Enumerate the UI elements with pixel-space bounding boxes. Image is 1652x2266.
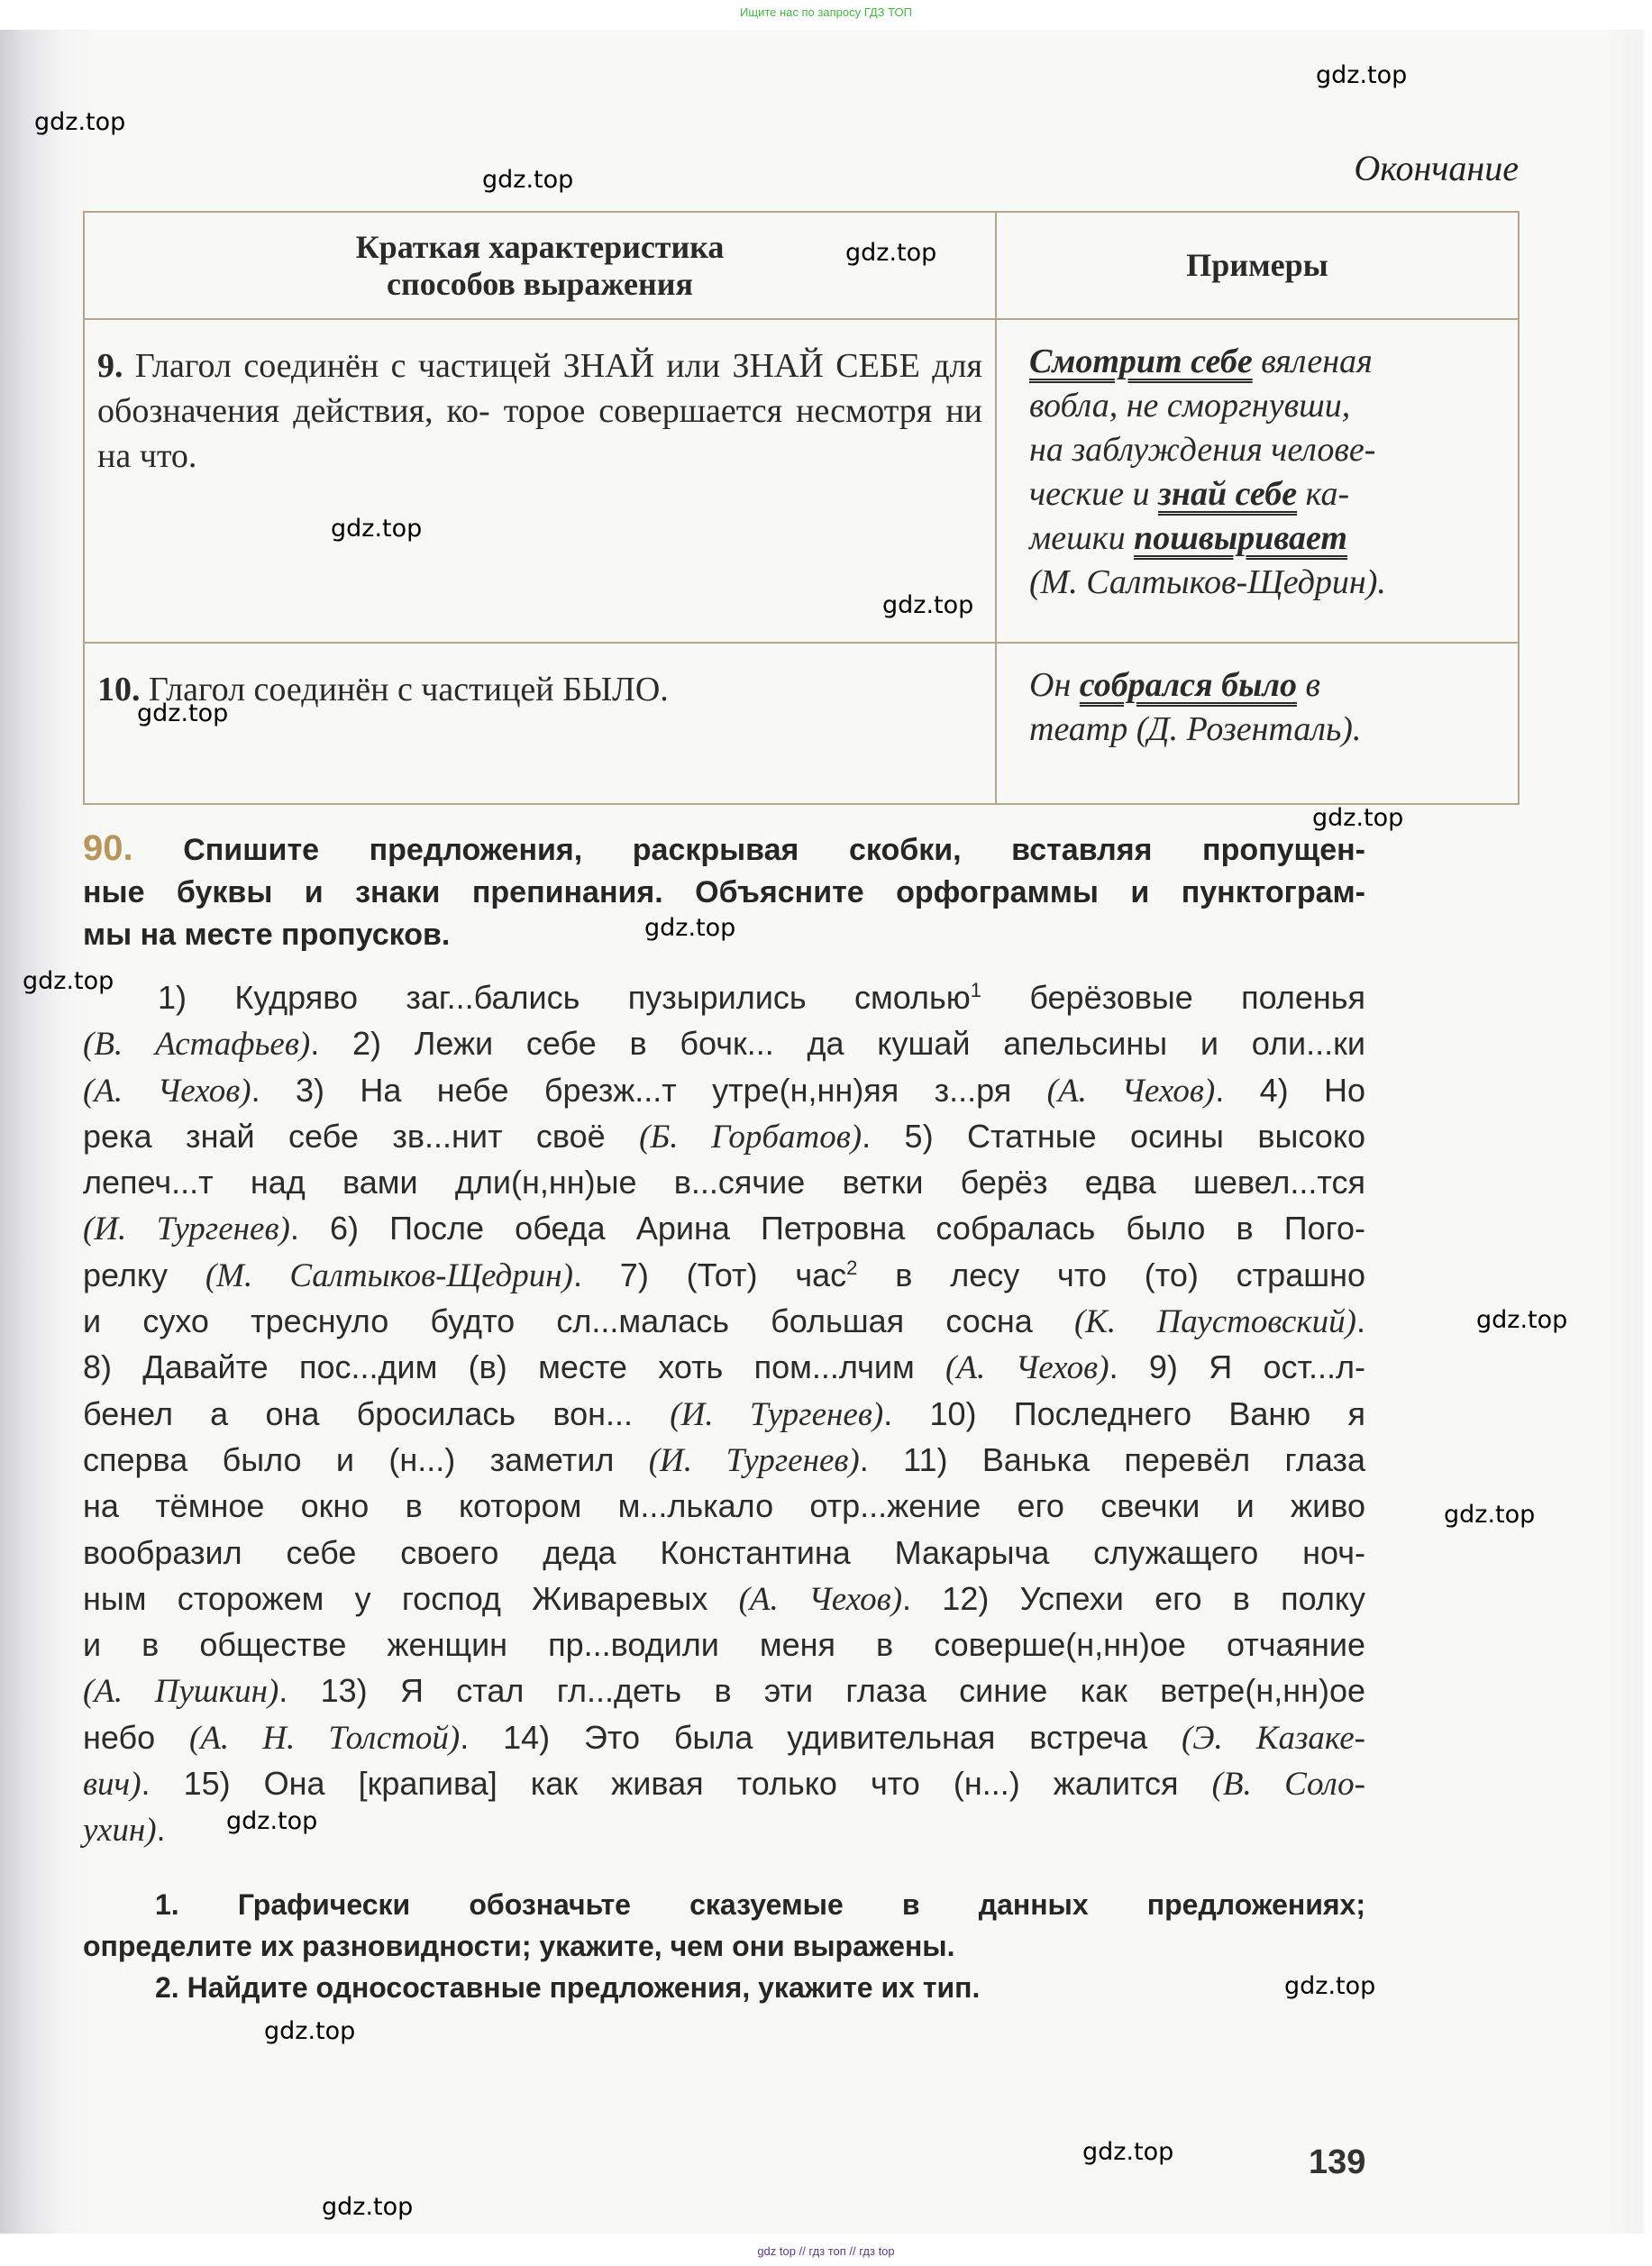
banner-text: Ищите нас по запросу ГДЗ ТОП: [0, 5, 1652, 19]
sentence-text: .: [1356, 1302, 1365, 1339]
author-citation: ухин): [83, 1812, 157, 1849]
watermark: gdz.top: [137, 701, 228, 726]
example-text: вобла, не сморгнувши,: [1029, 387, 1350, 425]
sentence-text: в лесу что (то) страшно: [857, 1256, 1365, 1293]
watermark: gdz.top: [1444, 1503, 1535, 1527]
task-line: 2. Найдите односоставные предложения, ук…: [83, 1967, 1365, 2008]
watermark: gdz.top: [1312, 806, 1403, 830]
example-line: вобла, не сморгнувши,: [1029, 384, 1501, 428]
example-text: ка-: [1297, 475, 1349, 513]
footer-link[interactable]: gdz top // гдз топ // гдз top: [0, 2244, 1652, 2258]
sentence-text: 1) Кудряво заг...бались пузырились смоль…: [158, 979, 971, 1016]
sentence-line: ным сторожем у господ Живаревых (А. Чехо…: [83, 1576, 1365, 1622]
row-example: Он собрался было втеатр (Д. Розенталь).: [996, 643, 1519, 804]
sentence-text: . 5) Статные осины высоко: [862, 1118, 1365, 1155]
sentence-text: . 15) Она [крапива] как живая только что…: [141, 1765, 1212, 1802]
sentence-line: (В. Астафьев). 2) Лежи себе в бочк... да…: [83, 1020, 1365, 1066]
sentence-text: . 10) Последнего Ваню я: [883, 1395, 1365, 1432]
watermark: gdz.top: [845, 241, 936, 265]
footer: gdz top // гдз топ // гдз top: [0, 2234, 1652, 2266]
sentence-line: на тёмное окно в котором м...лькало отр.…: [83, 1483, 1365, 1529]
author-citation: (М. Салтыков-Щедрин): [205, 1257, 573, 1294]
row-number: 10.: [97, 671, 141, 708]
instruction-line: 90. Спишите предложения, раскрывая скобк…: [83, 827, 1365, 872]
example-text: Он: [1029, 666, 1080, 704]
author-citation: (А. Н. Толстой): [189, 1720, 460, 1757]
exercise-tasks: 1. Графически обозначьте сказуемые в дан…: [83, 1884, 1365, 2008]
sentence-text: . 3) На небе брезж...т утре(н,нн)яя з...…: [251, 1072, 1047, 1109]
footnote-marker: 1: [971, 979, 981, 1001]
row-number: 9.: [97, 347, 123, 385]
task-text: Найдите односоставные предложения, укажи…: [187, 1971, 981, 2004]
row-description: 9. Глагол соединён с частицей ЗНАЙ или З…: [84, 319, 996, 643]
task-text: Графически обозначьте сказуемые в данных…: [238, 1888, 1365, 1921]
example-text: ческие и: [1029, 475, 1158, 513]
sentence-text: . 7) (Тот) час: [573, 1256, 846, 1293]
sentence-text: на тёмное окно в котором м...лькало отр.…: [83, 1487, 1365, 1524]
sentence-line: река знай себе зв...нит своё (Б. Горбато…: [83, 1113, 1365, 1159]
instruction-line: ные буквы и знаки препинания. Объясните …: [83, 872, 1365, 914]
watermark: gdz.top: [331, 516, 422, 541]
example-line: (М. Салтыков-Щедрин).: [1029, 561, 1501, 605]
page-number: 139: [1309, 2143, 1365, 2182]
sentence-text: и сухо треснуло будто сл...малась больша…: [83, 1302, 1074, 1339]
example-text: вяленая: [1253, 343, 1373, 380]
author-citation: (И. Тургенев): [83, 1211, 290, 1247]
exercise-sentences: 1) Кудряво заг...бались пузырились смоль…: [83, 974, 1365, 1853]
predicate: Смотрит себе: [1029, 343, 1253, 380]
example-line: ческие и знай себе ка-: [1029, 472, 1501, 516]
sentence-text: сперва было и (н...) заметил: [83, 1441, 649, 1478]
description-text: Глагол соединён с частицей ЗНАЙ или ЗНАЙ…: [97, 347, 982, 475]
sentence-text: . 6) После обеда Арина Петровна собралас…: [290, 1210, 1365, 1247]
example-line: театр (Д. Розенталь).: [1029, 708, 1501, 752]
predicate: собрался было: [1080, 666, 1297, 704]
watermark: gdz.top: [23, 969, 114, 993]
sentence-text: небо: [83, 1719, 189, 1756]
author-citation: (И. Тургенев): [649, 1442, 860, 1479]
example-line: мешки пошвыривает: [1029, 516, 1501, 561]
sentence-line: 1) Кудряво заг...бались пузырились смоль…: [83, 974, 1365, 1020]
sentence-line: небо (А. Н. Толстой). 14) Это была удиви…: [83, 1714, 1365, 1760]
table-row: 9. Глагол соединён с частицей ЗНАЙ или З…: [84, 319, 1519, 643]
footnote-marker: 2: [846, 1256, 857, 1279]
sentence-text: . 9) Я ост...л-: [1109, 1348, 1365, 1385]
sentence-line: (И. Тургенев). 6) После обеда Арина Петр…: [83, 1205, 1365, 1251]
sentence-text: и в обществе женщин пр...водили меня в с…: [83, 1626, 1365, 1663]
header-description-line: способов выражения: [387, 266, 693, 302]
watermark: gdz.top: [1082, 2140, 1173, 2164]
sentence-line: (А. Пушкин). 13) Я стал гл...деть в эти …: [83, 1668, 1365, 1713]
example-text: на заблуждения челове-: [1029, 431, 1375, 469]
watermark: gdz.top: [34, 110, 125, 134]
author-citation: (К. Паустовский): [1074, 1303, 1356, 1340]
example-text: в: [1297, 666, 1320, 704]
author-citation: (В. Соло-: [1212, 1766, 1365, 1803]
author-citation: вич): [83, 1766, 141, 1803]
example-text: театр (Д. Розенталь).: [1029, 710, 1361, 748]
author-citation: (Б. Горбатов): [639, 1119, 862, 1156]
sentence-line: вообразил себе своего деда Константина М…: [83, 1530, 1365, 1576]
example-text: (М. Салтыков-Щедрин).: [1029, 563, 1386, 601]
author-citation: (А. Чехов): [945, 1349, 1109, 1386]
sentence-text: . 11) Ванька перевёл глаза: [860, 1441, 1365, 1478]
example-text: мешки: [1029, 519, 1134, 557]
author-citation: (А. Чехов): [83, 1073, 251, 1110]
task-number: 1.: [155, 1888, 238, 1921]
watermark: gdz.top: [644, 916, 735, 940]
sentence-line: (А. Чехов). 3) На небе брезж...т утре(н,…: [83, 1067, 1365, 1113]
sentence-text: 8) Давайте пос...дим (в) месте хоть пом.…: [83, 1348, 945, 1385]
table-continuation-label: Окончание: [1354, 147, 1519, 189]
predicate: пошвыривает: [1134, 519, 1347, 557]
sentence-text: . 2) Лежи себе в бочк... да кушай апельс…: [310, 1025, 1365, 1062]
sentence-text: бенел а она бросилась вон...: [83, 1395, 670, 1432]
sentence-text: . 4) Но: [1215, 1072, 1365, 1109]
task-line: 1. Графически обозначьте сказуемые в дан…: [83, 1884, 1365, 1925]
watermark: gdz.top: [1284, 1974, 1375, 1998]
task-line: определите их разновидности; укажите, че…: [83, 1925, 1365, 1967]
example-line: Он собрался было в: [1029, 663, 1501, 708]
sentence-line: релку (М. Салтыков-Щедрин). 7) (Тот) час…: [83, 1252, 1365, 1298]
sentence-text: лепеч...т над вами дли(н,нн)ые в...сячие…: [83, 1164, 1365, 1201]
sentence-text: вообразил себе своего деда Константина М…: [83, 1534, 1365, 1571]
author-citation: (И. Тургенев): [670, 1396, 883, 1433]
header-description-line: Краткая характеристика: [356, 229, 725, 265]
example-line: Смотрит себе вяленая: [1029, 340, 1501, 384]
top-banner: Ищите нас по запросу ГДЗ ТОП: [0, 0, 1652, 30]
sentence-text: берёзовые поленья: [981, 979, 1365, 1016]
sentence-line: сперва было и (н...) заметил (И. Тургене…: [83, 1437, 1365, 1483]
sentence-text: река знай себе зв...нит своё: [83, 1118, 639, 1155]
sentence-line: и в обществе женщин пр...водили меня в с…: [83, 1622, 1365, 1668]
table-row: 10. Глагол соединён с частицей БЫЛО. Он …: [84, 643, 1519, 804]
sentence-text: . 14) Это была удивительная встреча: [460, 1719, 1182, 1756]
row-example: Смотрит себе вяленаявобла, не сморгнувши…: [996, 319, 1519, 643]
task-number: 2.: [155, 1971, 187, 2004]
header-examples: Примеры: [996, 212, 1519, 319]
sentence-line: и сухо треснуло будто сл...малась больша…: [83, 1298, 1365, 1344]
sentence-line: вич). 15) Она [крапива] как живая только…: [83, 1760, 1365, 1806]
sentence-line: бенел а она бросилась вон... (И. Тургене…: [83, 1391, 1365, 1437]
watermark: gdz.top: [226, 1809, 317, 1833]
sentence-text: . 13) Я стал гл...деть в эти глаза синие…: [278, 1672, 1365, 1709]
watermark: gdz.top: [1316, 63, 1407, 87]
sentence-text: ным сторожем у господ Живаревых: [83, 1580, 739, 1617]
predicate-expression-table: Краткая характеристика способов выражени…: [83, 211, 1520, 805]
table-header-row: Краткая характеристика способов выражени…: [84, 212, 1519, 319]
author-citation: (Э. Казаке-: [1182, 1720, 1365, 1757]
author-citation: (В. Астафьев): [83, 1026, 310, 1063]
sentence-line: лепеч...т над вами дли(н,нн)ые в...сячие…: [83, 1159, 1365, 1205]
example-line: на заблуждения челове-: [1029, 428, 1501, 472]
author-citation: (А. Пушкин): [83, 1673, 278, 1710]
author-citation: (А. Чехов): [1047, 1073, 1216, 1110]
author-citation: (А. Чехов): [739, 1581, 902, 1618]
watermark: gdz.top: [1476, 1308, 1567, 1332]
sentence-text: релку: [83, 1256, 205, 1293]
watermark: gdz.top: [882, 593, 973, 617]
sentence-line: 8) Давайте пос...дим (в) месте хоть пом.…: [83, 1344, 1365, 1390]
sentence-text: .: [157, 1811, 166, 1848]
sentence-text: . 12) Успехи его в полку: [902, 1580, 1365, 1617]
watermark: gdz.top: [322, 2195, 413, 2219]
watermark: gdz.top: [264, 2019, 355, 2043]
exercise-number: 90.: [83, 828, 133, 868]
predicate: знай себе: [1158, 475, 1297, 513]
watermark: gdz.top: [482, 168, 573, 192]
